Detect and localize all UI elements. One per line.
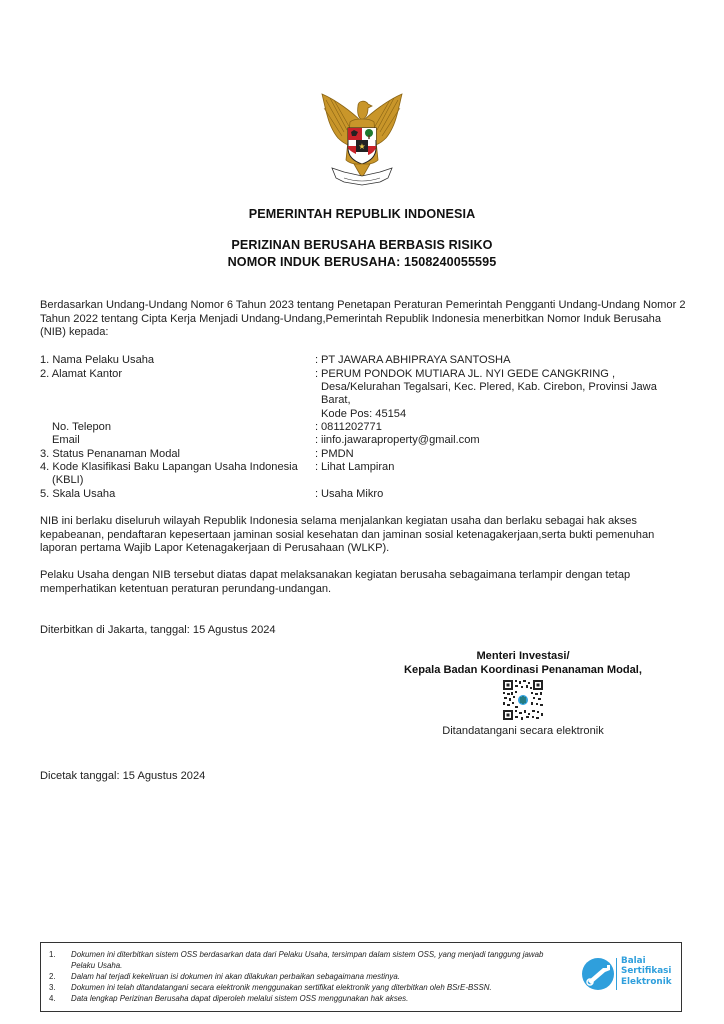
field-label-telepon: No. Telepon (52, 421, 322, 435)
field-value-alamat-line: Desa/Kelurahan Tegalsari, Kec. Plered, K… (321, 381, 681, 395)
footer-notes-box: 1.Dokumen ini diterbitkan sistem OSS ber… (40, 942, 682, 1012)
garuda-emblem-icon: ★ (314, 92, 410, 192)
field-label-kbli: 4. Kode Klasifikasi Baku Lapangan Usaha … (40, 461, 310, 475)
svg-text:★: ★ (358, 142, 365, 151)
printed-date: Dicetak tanggal: 15 Agustus 2024 (40, 770, 690, 784)
intro-paragraph: Berdasarkan Undang-Undang Nomor 6 Tahun … (40, 299, 690, 340)
field-label-skala: 5. Skala Usaha (40, 488, 310, 502)
field-value-kbli: :Lihat Lampiran (315, 461, 675, 475)
bsre-logo-text: Balai Sertifikasi Elektronik (621, 956, 672, 987)
obligation-line: memperhatikan ketentuan peraturan perund… (40, 583, 690, 597)
obligation-paragraph: Pelaku Usaha dengan NIB tersebut diatas … (40, 569, 690, 596)
bsre-key-icon (581, 957, 615, 991)
field-value-email: :iinfo.jawaraproperty@gmail.com (315, 434, 675, 448)
logo-divider (616, 958, 617, 990)
document-title: PERIZINAN BERUSAHA BERBASIS RISIKO (0, 238, 724, 252)
logo-line: Sertifikasi (621, 966, 672, 976)
intro-line: Berdasarkan Undang-Undang Nomor 6 Tahun … (40, 299, 690, 313)
nib-number: NOMOR INDUK BERUSAHA: 1508240055595 (0, 255, 724, 269)
government-heading: PEMERINTAH REPUBLIK INDONESIA (0, 207, 724, 221)
field-value-alamat-line: Barat, (321, 394, 681, 408)
issued-date: Diterbitkan di Jakarta, tanggal: 15 Agus… (40, 624, 690, 638)
signatory-title: Menteri Investasi/ (380, 650, 666, 662)
field-label-kbli-cont: (KBLI) (52, 474, 322, 488)
field-label-status: 3. Status Penanaman Modal (40, 448, 310, 462)
field-label-nama: 1. Nama Pelaku Usaha (40, 354, 310, 368)
field-value-skala: :Usaha Mikro (315, 488, 675, 502)
field-value-alamat: :PERUM PONDOK MUTIARA JL. NYI GEDE CANGK… (315, 368, 675, 382)
e-signature-note: Ditandatangani secara elektronik (380, 725, 666, 737)
field-label-email: Email (52, 434, 322, 448)
intro-line: (NIB) kepada: (40, 326, 690, 340)
validity-paragraph: NIB ini berlaku diseluruh wilayah Republ… (40, 515, 690, 556)
logo-line: Elektronik (621, 977, 672, 987)
validity-line: laporan pertama Wajib Lapor Ketenagakerj… (40, 542, 690, 556)
validity-line: NIB ini berlaku diseluruh wilayah Republ… (40, 515, 690, 529)
field-value-alamat-line: Kode Pos: 45154 (321, 408, 681, 422)
qr-code-icon (503, 680, 543, 720)
field-value-telepon: :0811202771 (315, 421, 675, 435)
signatory-office: Kepala Badan Koordinasi Penanaman Modal, (380, 664, 666, 676)
validity-line: kepabeanan, pendaftaran kepesertaan jami… (40, 529, 690, 543)
field-label-alamat: 2. Alamat Kantor (40, 368, 310, 382)
intro-line: Tahun 2022 tentang Cipta Kerja Menjadi U… (40, 313, 690, 327)
field-value-status: :PMDN (315, 448, 675, 462)
field-value-nama: :PT JAWARA ABHIPRAYA SANTOSHA (315, 354, 675, 368)
bsre-logo: Balai Sertifikasi Elektronik (581, 955, 681, 1001)
logo-line: Balai (621, 956, 672, 966)
obligation-line: Pelaku Usaha dengan NIB tersebut diatas … (40, 569, 690, 583)
